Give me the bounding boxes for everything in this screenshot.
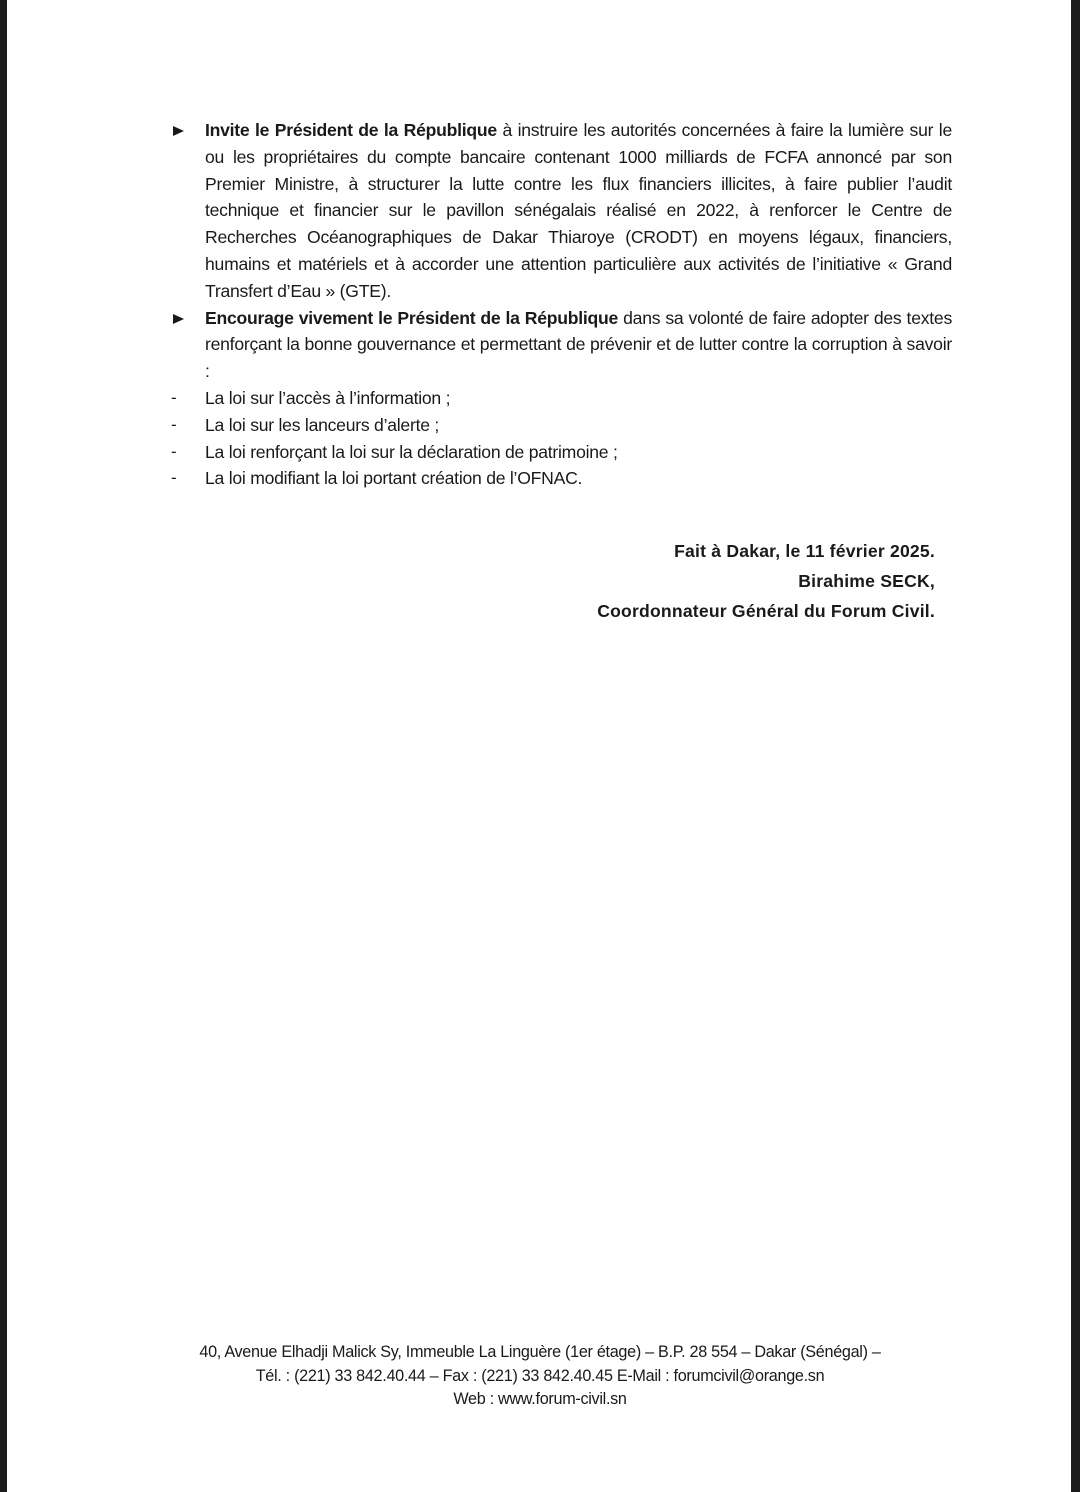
document-page: Invite le Président de la République à i… <box>7 0 1071 1492</box>
arrow-bullet-icon <box>173 305 187 332</box>
law-list-item: - La loi modifiant la loi portant créati… <box>168 465 952 492</box>
signatory-name: Birahime SECK, <box>597 566 935 596</box>
law-text: La loi modifiant la loi portant création… <box>205 468 582 488</box>
law-text: La loi renforçant la loi sur la déclarat… <box>205 442 618 462</box>
law-text: La loi sur les lanceurs d’alerte ; <box>205 415 439 435</box>
place-date: Fait à Dakar, le 11 février 2025. <box>597 536 935 566</box>
recommendation-lead: Encourage vivement le Président de la Ré… <box>205 308 618 328</box>
dash-bullet-icon: - <box>171 412 176 439</box>
dash-bullet-icon: - <box>171 385 176 412</box>
law-text: La loi sur l’accès à l’information ; <box>205 388 450 408</box>
law-list-item: - La loi sur les lanceurs d’alerte ; <box>168 412 952 439</box>
document-body: Invite le Président de la République à i… <box>168 117 952 492</box>
dash-bullet-icon: - <box>171 465 176 492</box>
recommendation-text: à instruire les autorités concernées à f… <box>205 120 952 301</box>
footer-web: Web : www.forum-civil.sn <box>0 1388 1080 1412</box>
recommendation-lead: Invite le Président de la République <box>205 120 497 140</box>
footer-contact: Tél. : (221) 33 842.40.44 – Fax : (221) … <box>0 1365 1080 1389</box>
law-list-item: - La loi renforçant la loi sur la déclar… <box>168 439 952 466</box>
footer-address: 40, Avenue Elhadji Malick Sy, Immeuble L… <box>0 1341 1080 1365</box>
signature-block: Fait à Dakar, le 11 février 2025. Birahi… <box>597 536 935 626</box>
recommendation-encourage-president: Encourage vivement le Président de la Ré… <box>168 305 952 385</box>
letterhead-footer: 40, Avenue Elhadji Malick Sy, Immeuble L… <box>0 1341 1080 1412</box>
recommendation-invite-president: Invite le Président de la République à i… <box>168 117 952 305</box>
signatory-title: Coordonnateur Général du Forum Civil. <box>597 596 935 626</box>
dash-bullet-icon: - <box>171 439 176 466</box>
law-list-item: - La loi sur l’accès à l’information ; <box>168 385 952 412</box>
arrow-bullet-icon <box>173 117 187 144</box>
